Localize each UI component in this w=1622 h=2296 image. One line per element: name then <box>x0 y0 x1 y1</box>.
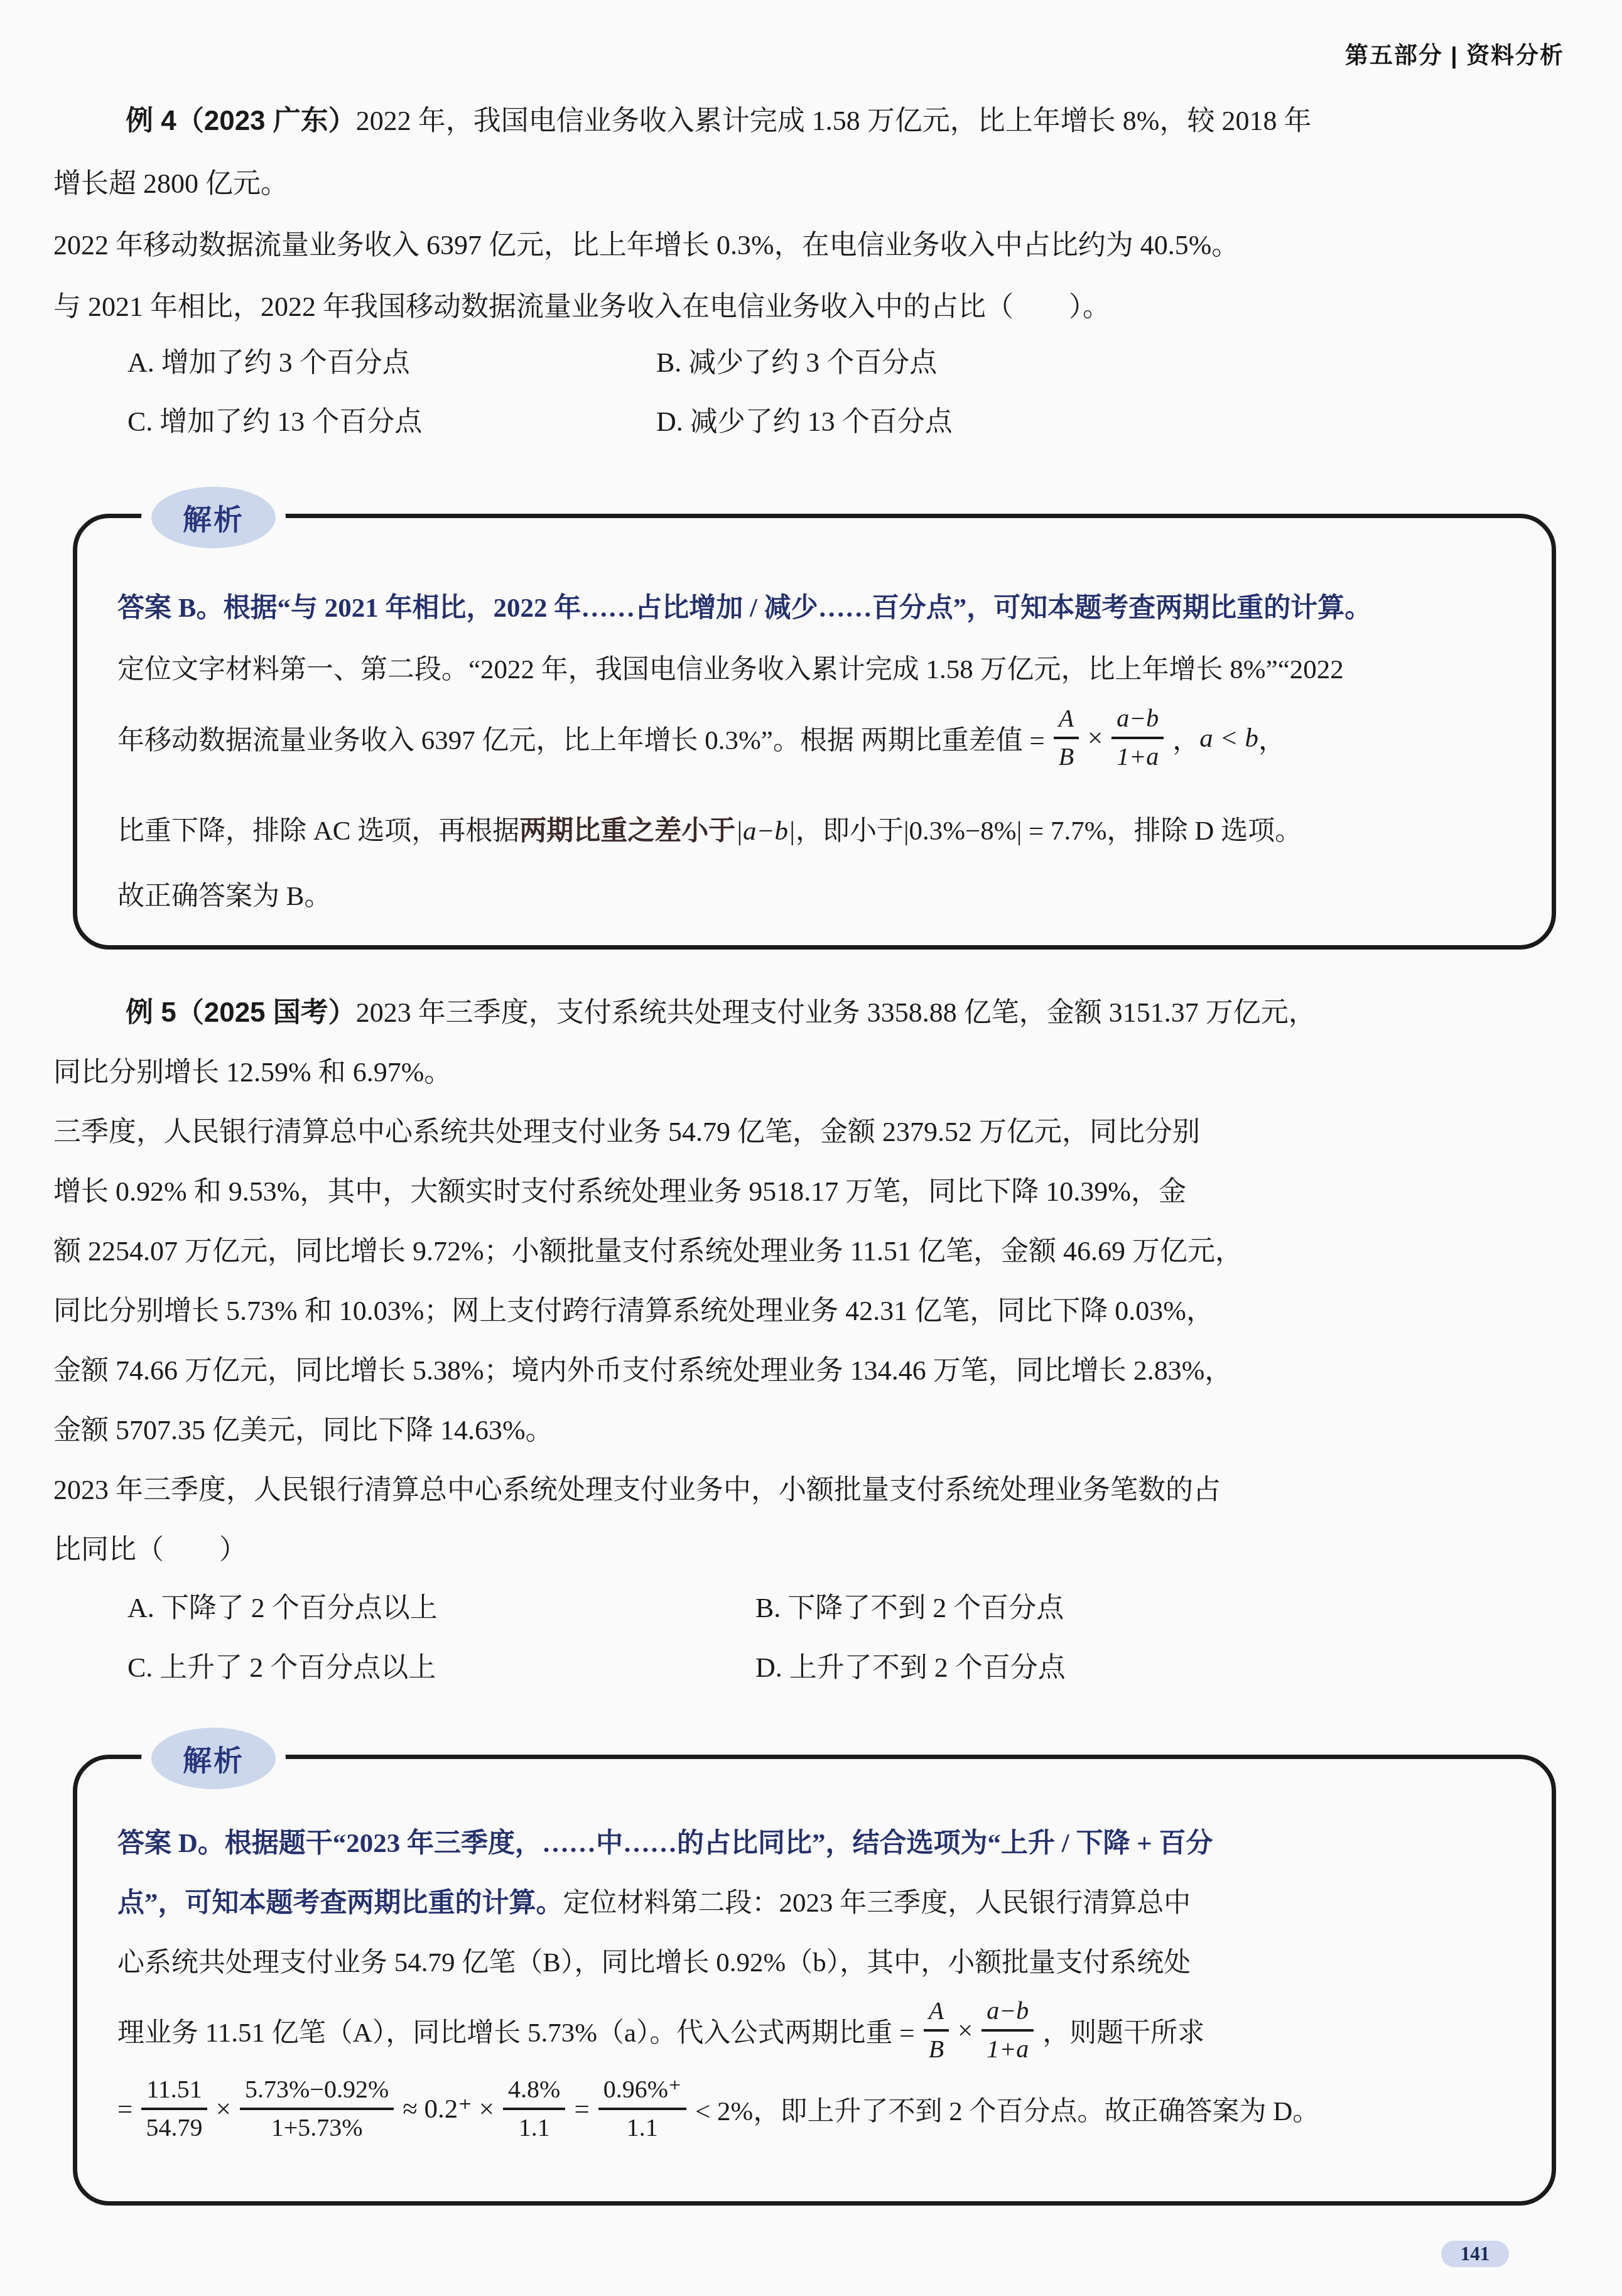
example5-line1-text: 2023 年三季度，支付系统共处理支付业务 3358.88 亿笔，金额 3151… <box>356 997 1316 1028</box>
analysis1-conclusion: 故正确答案为 B。 <box>117 875 331 913</box>
example4-line3: 2022 年移动数据流量业务收入 6397 亿元，比上年增长 0.3%，在电信业… <box>53 215 1239 275</box>
example5-line7: 金额 74.66 万亿元，同比增长 5.38%；境内外币支付系统处理业务 134… <box>53 1341 1232 1400</box>
equals-sign: = <box>574 2094 589 2125</box>
analysis1-line3-formula: 年移动数据流量业务收入 6397 亿元，比上年增长 0.3%”。根据 两期比重差… <box>117 694 1285 782</box>
analysis2-line4-tail: ，则题干所求 <box>1042 2012 1204 2050</box>
analysis1-line4: 比重下降，排除 AC 选项，再根据两期比重之差小于|a−b|，即小于|0.3%−… <box>117 810 1302 848</box>
analysis2-line4-formula: 理业务 11.51 亿笔（A），同比增长 5.73%（a）。代入公式两期比重 =… <box>117 1993 1204 2068</box>
example5-option-d: D. 上升了不到 2 个百分点 <box>755 1638 1066 1698</box>
example5-line6: 同比分别增长 5.73% 和 10.03%；网上支付跨行清算系统处理业务 42.… <box>53 1281 1214 1341</box>
fraction-ab-over-1a: a−b1+a <box>1111 705 1164 771</box>
multiply-sign: × <box>958 2015 973 2046</box>
analysis1-bold-emphasis: 两期比重之差小于 <box>519 816 735 846</box>
condition-a-less-b: a < b <box>1199 723 1258 754</box>
multiply-sign: × <box>216 2094 231 2125</box>
fraction-A-over-B: AB <box>1054 705 1079 771</box>
fraction-growth-diff: 5.73%−0.92%1+5.73% <box>240 2076 394 2142</box>
example5-line4: 增长 0.92% 和 9.53%，其中，大额实时支付系统处理业务 9518.17… <box>53 1162 1186 1221</box>
analysis-box-2: 解析 答案 D。根据题干“2023 年三季度，……中……的占比同比”，结合选项为… <box>73 1755 1556 2206</box>
example4-label: 例 4（2023 广东） <box>126 106 356 136</box>
approx-term: ≈ 0.2⁺ × <box>403 2093 494 2125</box>
example5-option-b: B. 下降了不到 2 个百分点 <box>755 1578 1064 1638</box>
equals-sign: = <box>117 2094 132 2125</box>
example4-line1-text: 2022 年，我国电信业务收入累计完成 1.58 万亿元，比上年增长 8%，较 … <box>356 106 1312 136</box>
example4-line1: 例 4（2023 广东）2022 年，我国电信业务收入累计完成 1.58 万亿元… <box>126 91 1311 151</box>
fraction-A-over-B: AB <box>924 1997 949 2064</box>
example5-question-line2: 比同比（ ） <box>53 1520 247 1579</box>
analysis2-answer-line2: 点”，可知本题考查两期比重的计算。 <box>117 1888 563 1918</box>
example4-option-b: B. 减少了约 3 个百分点 <box>656 333 937 393</box>
analysis2-answer-line1: 答案 D。根据题干“2023 年三季度，……中……的占比同比”，结合选项为“上升… <box>117 1822 1213 1860</box>
page: 第五部分 | 资料分析 例 4（2023 广东）2022 年，我国电信业务收入累… <box>0 0 1622 2296</box>
analysis1-answer-line: 答案 B。根据“与 2021 年相比，2022 年……占比增加 / 减少……百分… <box>117 587 1371 625</box>
analysis1-line2: 定位文字材料第一、第二段。“2022 年，我国电信业务收入累计完成 1.58 万… <box>117 648 1344 686</box>
fraction-4.8-over-1.1: 4.8%1.1 <box>503 2076 565 2142</box>
comma: ， <box>1258 719 1285 757</box>
page-header-title: 第五部分 | 资料分析 <box>1345 36 1564 70</box>
example5-line3: 三季度，人民银行清算总中心系统共处理支付业务 54.79 亿笔，金额 2379.… <box>53 1102 1200 1162</box>
example5-line5: 额 2254.07 万亿元，同比增长 9.72%；小额批量支付系统处理业务 11… <box>53 1221 1243 1281</box>
analysis2-line3: 心系统共处理支付业务 54.79 亿笔（B），同比增长 0.92%（b），其中，… <box>117 1941 1191 1979</box>
example4-question: 与 2021 年相比，2022 年我国移动数据流量业务收入在电信业务收入中的占比… <box>53 277 1110 337</box>
analysis2-equation: = 11.5154.79 × 5.73%−0.92%1+5.73% ≈ 0.2⁺… <box>117 2071 1319 2147</box>
example4-line2: 增长超 2800 亿元。 <box>53 154 288 214</box>
analysis1-line3-pre: 年移动数据流量业务收入 6397 亿元，比上年增长 0.3%”。根据 两期比重差… <box>117 719 1045 757</box>
analysis2-line4-pre: 理业务 11.51 亿笔（A），同比增长 5.73%（a）。代入公式两期比重 = <box>117 2012 915 2050</box>
example5-option-c: C. 上升了 2 个百分点以上 <box>127 1638 436 1698</box>
example4-option-c: C. 增加了约 13 个百分点 <box>127 392 422 452</box>
example5-line1: 例 5（2025 国考）2023 年三季度，支付系统共处理支付业务 3358.8… <box>126 983 1316 1042</box>
multiply-sign: × <box>1088 723 1103 754</box>
example5-question-line1: 2023 年三季度，人民银行清算总中心系统处理支付业务中，小额批量支付系统处理业… <box>53 1460 1221 1520</box>
analysis2-line2: 点”，可知本题考查两期比重的计算。定位材料第二段：2023 年三季度，人民银行清… <box>117 1882 1191 1920</box>
analysis-badge-1: 解析 <box>151 487 276 548</box>
example5-line8: 金额 5707.35 亿美元，同比下降 14.63%。 <box>53 1400 553 1460</box>
fraction-11.51-over-54.79: 11.5154.79 <box>141 2076 207 2142</box>
analysis2-equation-tail: < 2%，即上升了不到 2 个百分点。故正确答案为 D。 <box>695 2090 1319 2128</box>
abs-value-calc: |0.3%−8%| = 7.7% <box>904 816 1107 846</box>
example5-option-a: A. 下降了 2 个百分点以上 <box>127 1578 438 1638</box>
example4-option-d: D. 减少了约 13 个百分点 <box>656 392 953 452</box>
analysis-box-1: 解析 答案 B。根据“与 2021 年相比，2022 年……占比增加 / 减少…… <box>73 514 1556 950</box>
fraction-ab-over-1a: a−b1+a <box>981 1997 1034 2064</box>
analysis-badge-2: 解析 <box>151 1728 276 1789</box>
abs-a-minus-b: |a−b| <box>735 816 796 846</box>
comma: ， <box>1172 719 1199 757</box>
example5-label: 例 5（2025 国考） <box>126 997 356 1028</box>
example5-line2: 同比分别增长 12.59% 和 6.97%。 <box>53 1042 451 1102</box>
analysis2-line2-black: 定位材料第二段：2023 年三季度，人民银行清算总中 <box>563 1888 1191 1918</box>
example4-option-a: A. 增加了约 3 个百分点 <box>127 333 410 393</box>
fraction-0.96-over-1.1: 0.96%⁺1.1 <box>598 2076 686 2142</box>
page-number-pill: 141 <box>1441 2241 1509 2267</box>
